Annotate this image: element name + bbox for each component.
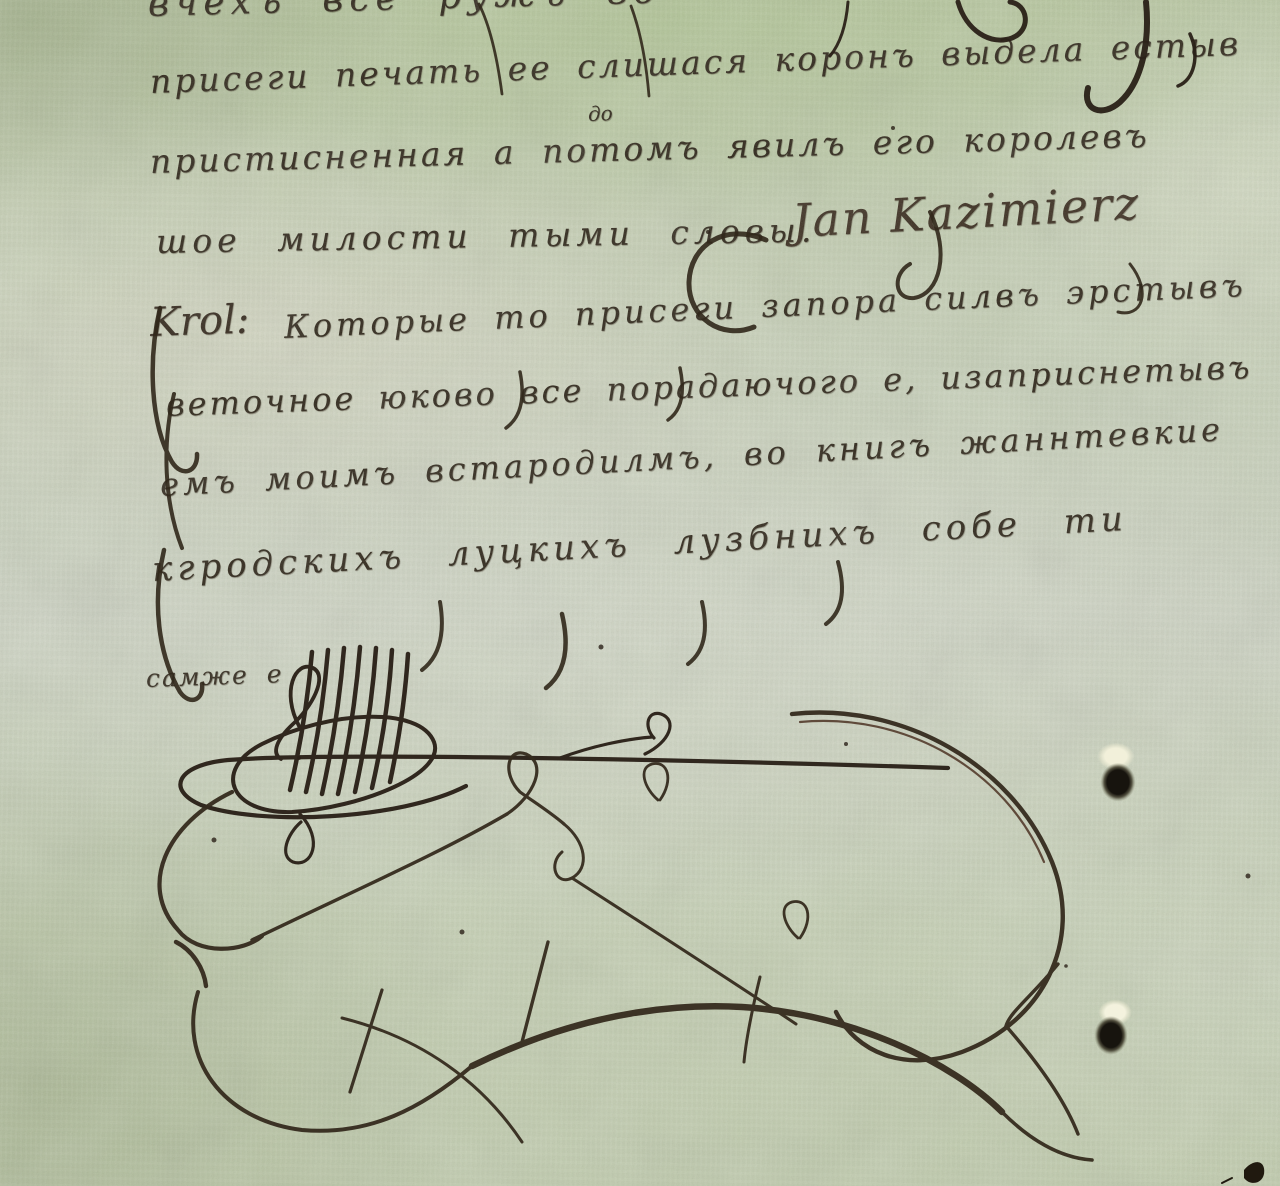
paper-hole-lower (1086, 997, 1138, 1061)
letter-swashes (153, 4, 1143, 700)
manuscript-line-miłosti: шое милости тыми словы. (156, 210, 817, 261)
manuscript-line-kotorye: Которые то присеги запора силвъ эрстывъ (283, 266, 1247, 346)
paper-hole-upper (1091, 740, 1145, 808)
manuscript-line-presegi: присеги печать ее слишася коронъ выдела … (149, 24, 1241, 101)
manuscript-line-vetochnoe: веточное юково все порадаючого е, изапри… (165, 348, 1253, 424)
royal-signature-title: Krol: (149, 297, 250, 346)
manuscript-line-pristisnennaya: пристисненная а потомъ явилъ его королев… (149, 116, 1150, 181)
bottom-edge-mark (1222, 1162, 1264, 1183)
manuscript-line-knig: емъ моимъ встародилмъ, во книгъ жаннтевк… (159, 410, 1225, 504)
manuscript-line-top-partial: вчехъ все ружъ во (147, 0, 661, 25)
ink-scribble (180, 647, 948, 863)
royal-signature-name: Jan Kazimierz (791, 176, 1142, 248)
manuscript-line-samzhe: самже е (145, 659, 284, 693)
signature-flourish (160, 713, 1092, 1160)
manuscript-page: вчехъ все ружъ во присеги печать ее слиш… (0, 0, 1280, 1186)
interlinear-insertion: до (588, 101, 614, 126)
manuscript-line-grodskih: кгродскихъ луцкихъ лузбнихъ собе ти (151, 499, 1129, 590)
